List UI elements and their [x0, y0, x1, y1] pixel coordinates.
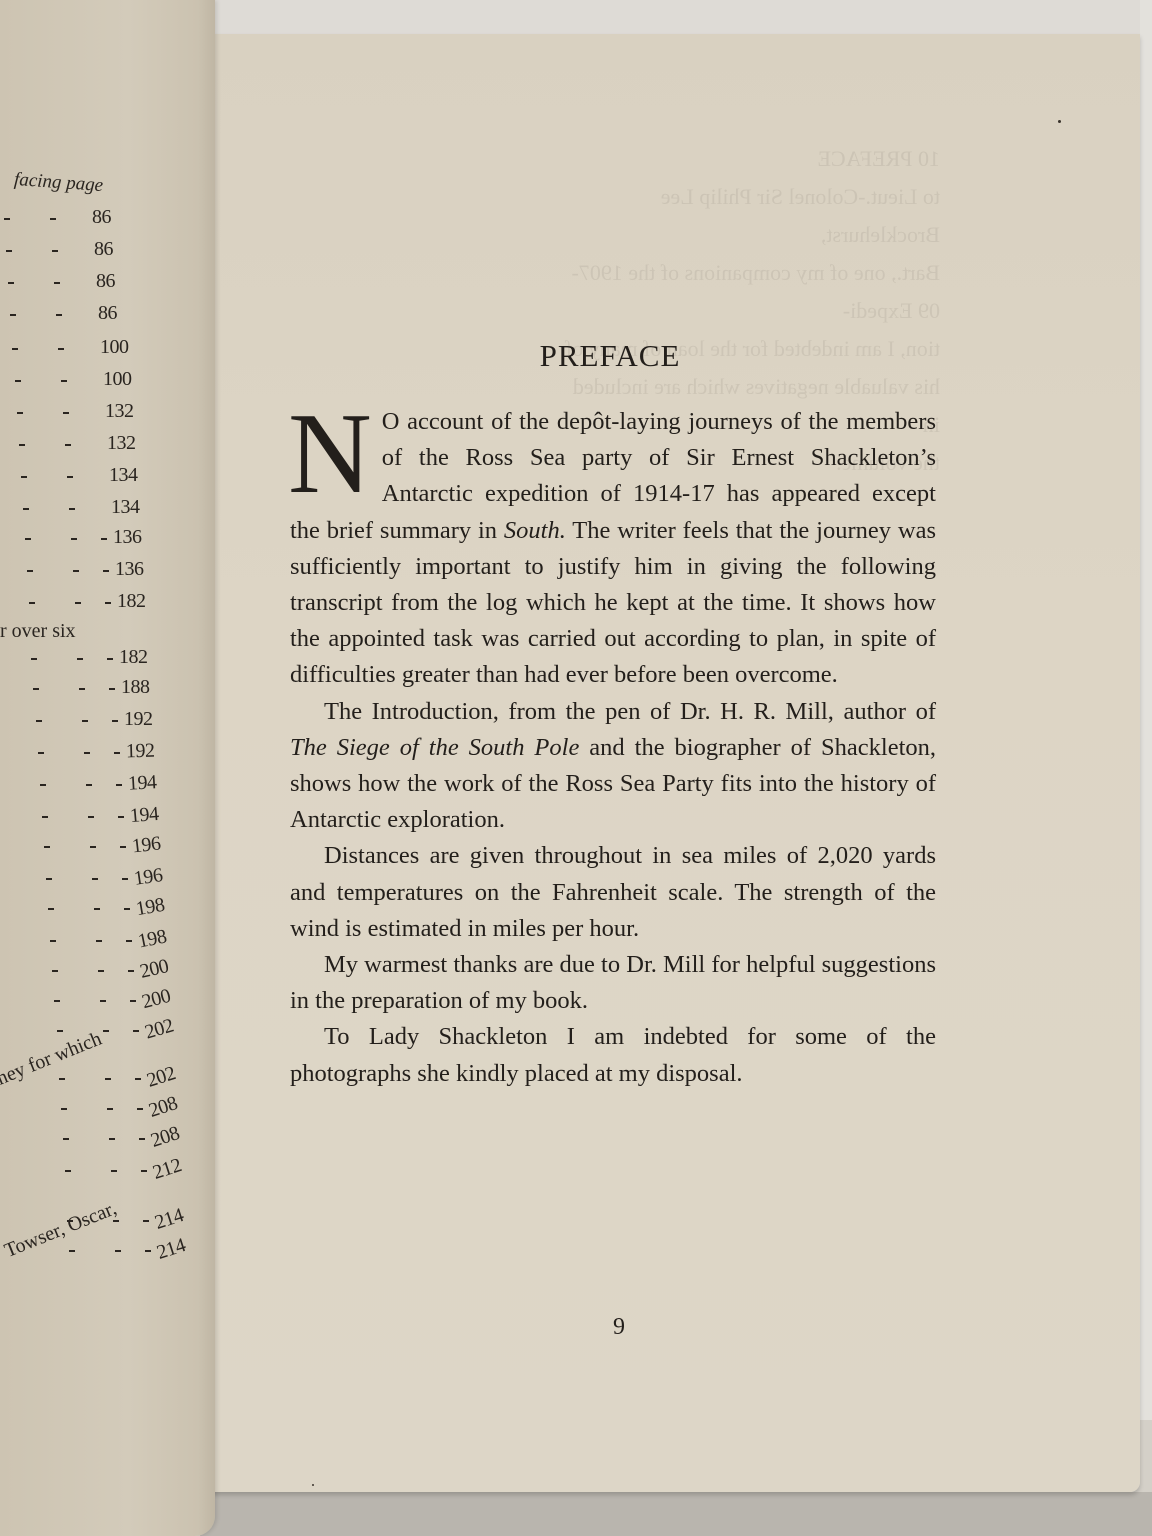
list-item: 182: [0, 646, 200, 674]
leader-dash: [65, 1170, 71, 1172]
list-item: 134: [0, 496, 200, 524]
leader-dash: [42, 816, 48, 818]
facing-page-number: 86: [94, 238, 113, 261]
facing-page-number: 202: [144, 1062, 178, 1093]
leader-dash: [94, 908, 100, 910]
leader-dash: [23, 508, 29, 510]
leader-dash: [65, 444, 71, 446]
leader-dash: [105, 602, 111, 604]
list-item: 198: [0, 928, 200, 956]
facing-page-number: 198: [134, 894, 166, 921]
facing-page-number: 208: [148, 1122, 182, 1153]
paragraph-3: Distances are given throughout in sea mi…: [290, 838, 936, 947]
leader-dash: [103, 1030, 109, 1032]
leader-dash: [112, 720, 118, 722]
leader-dash: [92, 878, 98, 880]
leader-dash: [120, 846, 126, 848]
facing-page-number: 182: [117, 590, 146, 613]
leader-dash: [63, 1138, 69, 1140]
leader-dash: [145, 1250, 151, 1252]
facing-page-number: 212: [150, 1154, 184, 1185]
background-surface-right: [1140, 0, 1152, 1420]
list-item: 194: [0, 804, 200, 832]
list-item: 132: [0, 432, 200, 460]
leader-dash: [105, 1078, 111, 1080]
list-item: 182: [0, 590, 200, 618]
facing-page-number: 188: [121, 676, 150, 699]
facing-page-number: 86: [98, 302, 117, 325]
leader-dash: [71, 538, 77, 540]
leader-dash: [88, 816, 94, 818]
leader-dash: [79, 688, 85, 690]
leader-dash: [54, 282, 60, 284]
leader-dash: [122, 878, 128, 880]
leader-dash: [38, 752, 44, 754]
leader-dash: [27, 570, 33, 572]
leader-dash: [17, 412, 23, 414]
left-page: facing page 8686868610010013213213413413…: [0, 0, 215, 1536]
leader-dash: [33, 688, 39, 690]
leader-dash: [4, 218, 10, 220]
leader-dash: [77, 658, 83, 660]
list-item: 198: [0, 896, 200, 924]
leader-dash: [109, 1138, 115, 1140]
list-item: 212: [0, 1158, 200, 1186]
list-item: 200: [0, 988, 200, 1016]
list-item: 136: [0, 526, 200, 554]
leader-dash: [107, 1108, 113, 1110]
leader-dash: [73, 570, 79, 572]
paragraph-5: To Lady Shackleton I am indebted for som…: [290, 1019, 936, 1091]
leader-dash: [19, 444, 25, 446]
leader-dash: [61, 380, 67, 382]
paper-speck: [1058, 120, 1061, 123]
leader-dash: [128, 970, 134, 972]
list-item: 188: [0, 676, 200, 704]
leader-dash: [137, 1108, 143, 1110]
leader-dash: [124, 908, 130, 910]
facing-page-number: 208: [146, 1092, 180, 1123]
facing-page-number: 214: [154, 1234, 188, 1265]
leader-dash: [63, 412, 69, 414]
facing-page-number: 86: [96, 270, 115, 293]
leader-dash: [25, 538, 31, 540]
leader-dash: [44, 846, 50, 848]
background-surface-bottom: [200, 1492, 1152, 1536]
leader-dash: [50, 218, 56, 220]
list-item: 208: [0, 1126, 200, 1154]
leader-dash: [15, 380, 21, 382]
paragraph-2-text: The Introduction, from the pen of Dr. H.…: [324, 698, 936, 725]
facing-page-number: 196: [131, 832, 162, 858]
page-number: 9: [604, 1314, 634, 1341]
leader-dash: [126, 940, 132, 942]
leader-dash: [69, 508, 75, 510]
drop-cap: N: [288, 412, 372, 496]
facing-page-number: 200: [140, 985, 173, 1014]
paragraph-1: NO account of the depôt-laying journeys …: [290, 404, 936, 694]
list-item: 200: [0, 958, 200, 986]
preface-body: NO account of the depôt-laying journeys …: [290, 404, 936, 1092]
book-title-south: South.: [504, 517, 566, 544]
list-item: 192: [0, 740, 200, 768]
leader-dash: [130, 1000, 136, 1002]
paper-speck: [312, 1484, 314, 1486]
facing-page-number: 200: [138, 955, 171, 984]
facing-page-number: 86: [92, 206, 111, 229]
leader-dash: [75, 602, 81, 604]
leader-dash: [90, 846, 96, 848]
leader-dash: [50, 940, 56, 942]
facing-page-number: 136: [115, 558, 144, 581]
leader-dash: [96, 940, 102, 942]
leader-dash: [52, 970, 58, 972]
facing-page-number: 214: [152, 1204, 186, 1235]
leader-dash: [82, 720, 88, 722]
leader-dash: [54, 1000, 60, 1002]
leader-dash: [29, 602, 35, 604]
leader-dash: [6, 250, 12, 252]
leader-dash: [107, 658, 113, 660]
leader-dash: [67, 476, 73, 478]
leader-dash: [116, 784, 122, 786]
list-item: 86: [0, 302, 200, 330]
list-item: 196: [0, 834, 200, 862]
leader-dash: [103, 570, 109, 572]
facing-page-number: 194: [129, 803, 159, 828]
leader-dash: [141, 1170, 147, 1172]
facing-page-number: 192: [126, 740, 155, 764]
facing-page-number: 132: [107, 432, 136, 455]
leader-dash: [98, 970, 104, 972]
paragraph-2: The Introduction, from the pen of Dr. H.…: [290, 694, 936, 839]
facing-page-number: 182: [119, 646, 148, 669]
facing-page-number: 132: [105, 400, 134, 423]
leader-dash: [86, 784, 92, 786]
leader-dash: [100, 1000, 106, 1002]
leader-dash: [46, 878, 52, 880]
leader-dash: [101, 538, 107, 540]
leader-dash: [115, 1250, 121, 1252]
leader-dash: [52, 250, 58, 252]
facing-page-header: facing page: [13, 169, 104, 197]
list-item: 134: [0, 464, 200, 492]
list-item: 194: [0, 772, 200, 800]
list-text-fragment: r over six: [0, 620, 76, 643]
leader-dash: [114, 752, 120, 754]
facing-page-number: 136: [113, 526, 142, 549]
leader-dash: [118, 816, 124, 818]
leader-dash: [61, 1108, 67, 1110]
leader-dash: [133, 1030, 139, 1032]
facing-page-number: 196: [133, 864, 164, 891]
facing-page-number: 134: [109, 464, 138, 487]
leader-dash: [143, 1220, 149, 1222]
leader-dash: [8, 282, 14, 284]
list-item: 86: [0, 270, 200, 298]
facing-page-number: 202: [142, 1015, 176, 1045]
leader-dash: [56, 314, 62, 316]
list-item: 136: [0, 558, 200, 586]
leader-dash: [59, 1078, 65, 1080]
leader-dash: [69, 1250, 75, 1252]
leader-dash: [139, 1138, 145, 1140]
leader-dash: [10, 314, 16, 316]
leader-dash: [40, 784, 46, 786]
leader-dash: [111, 1170, 117, 1172]
paragraph-4: My warmest thanks are due to Dr. Mill fo…: [290, 947, 936, 1019]
list-item: 196: [0, 866, 200, 894]
book-title-siege: The Siege of the South Pole: [290, 734, 579, 761]
facing-page-number: 198: [136, 925, 168, 953]
facing-page-number: 194: [127, 771, 157, 796]
leader-dash: [109, 688, 115, 690]
list-item: 132: [0, 400, 200, 428]
leader-dash: [57, 1030, 63, 1032]
list-item: 192: [0, 708, 200, 736]
leader-dash: [48, 908, 54, 910]
page-title: PREFACE: [0, 338, 1152, 374]
leader-dash: [36, 720, 42, 722]
list-item: 208: [0, 1096, 200, 1124]
leader-dash: [135, 1078, 141, 1080]
list-item: 86: [0, 238, 200, 266]
facing-page-number: 134: [111, 496, 140, 519]
facing-page-number: 192: [124, 708, 153, 731]
leader-dash: [84, 752, 90, 754]
leader-dash: [31, 658, 37, 660]
list-item: 86: [0, 206, 200, 234]
leader-dash: [21, 476, 27, 478]
